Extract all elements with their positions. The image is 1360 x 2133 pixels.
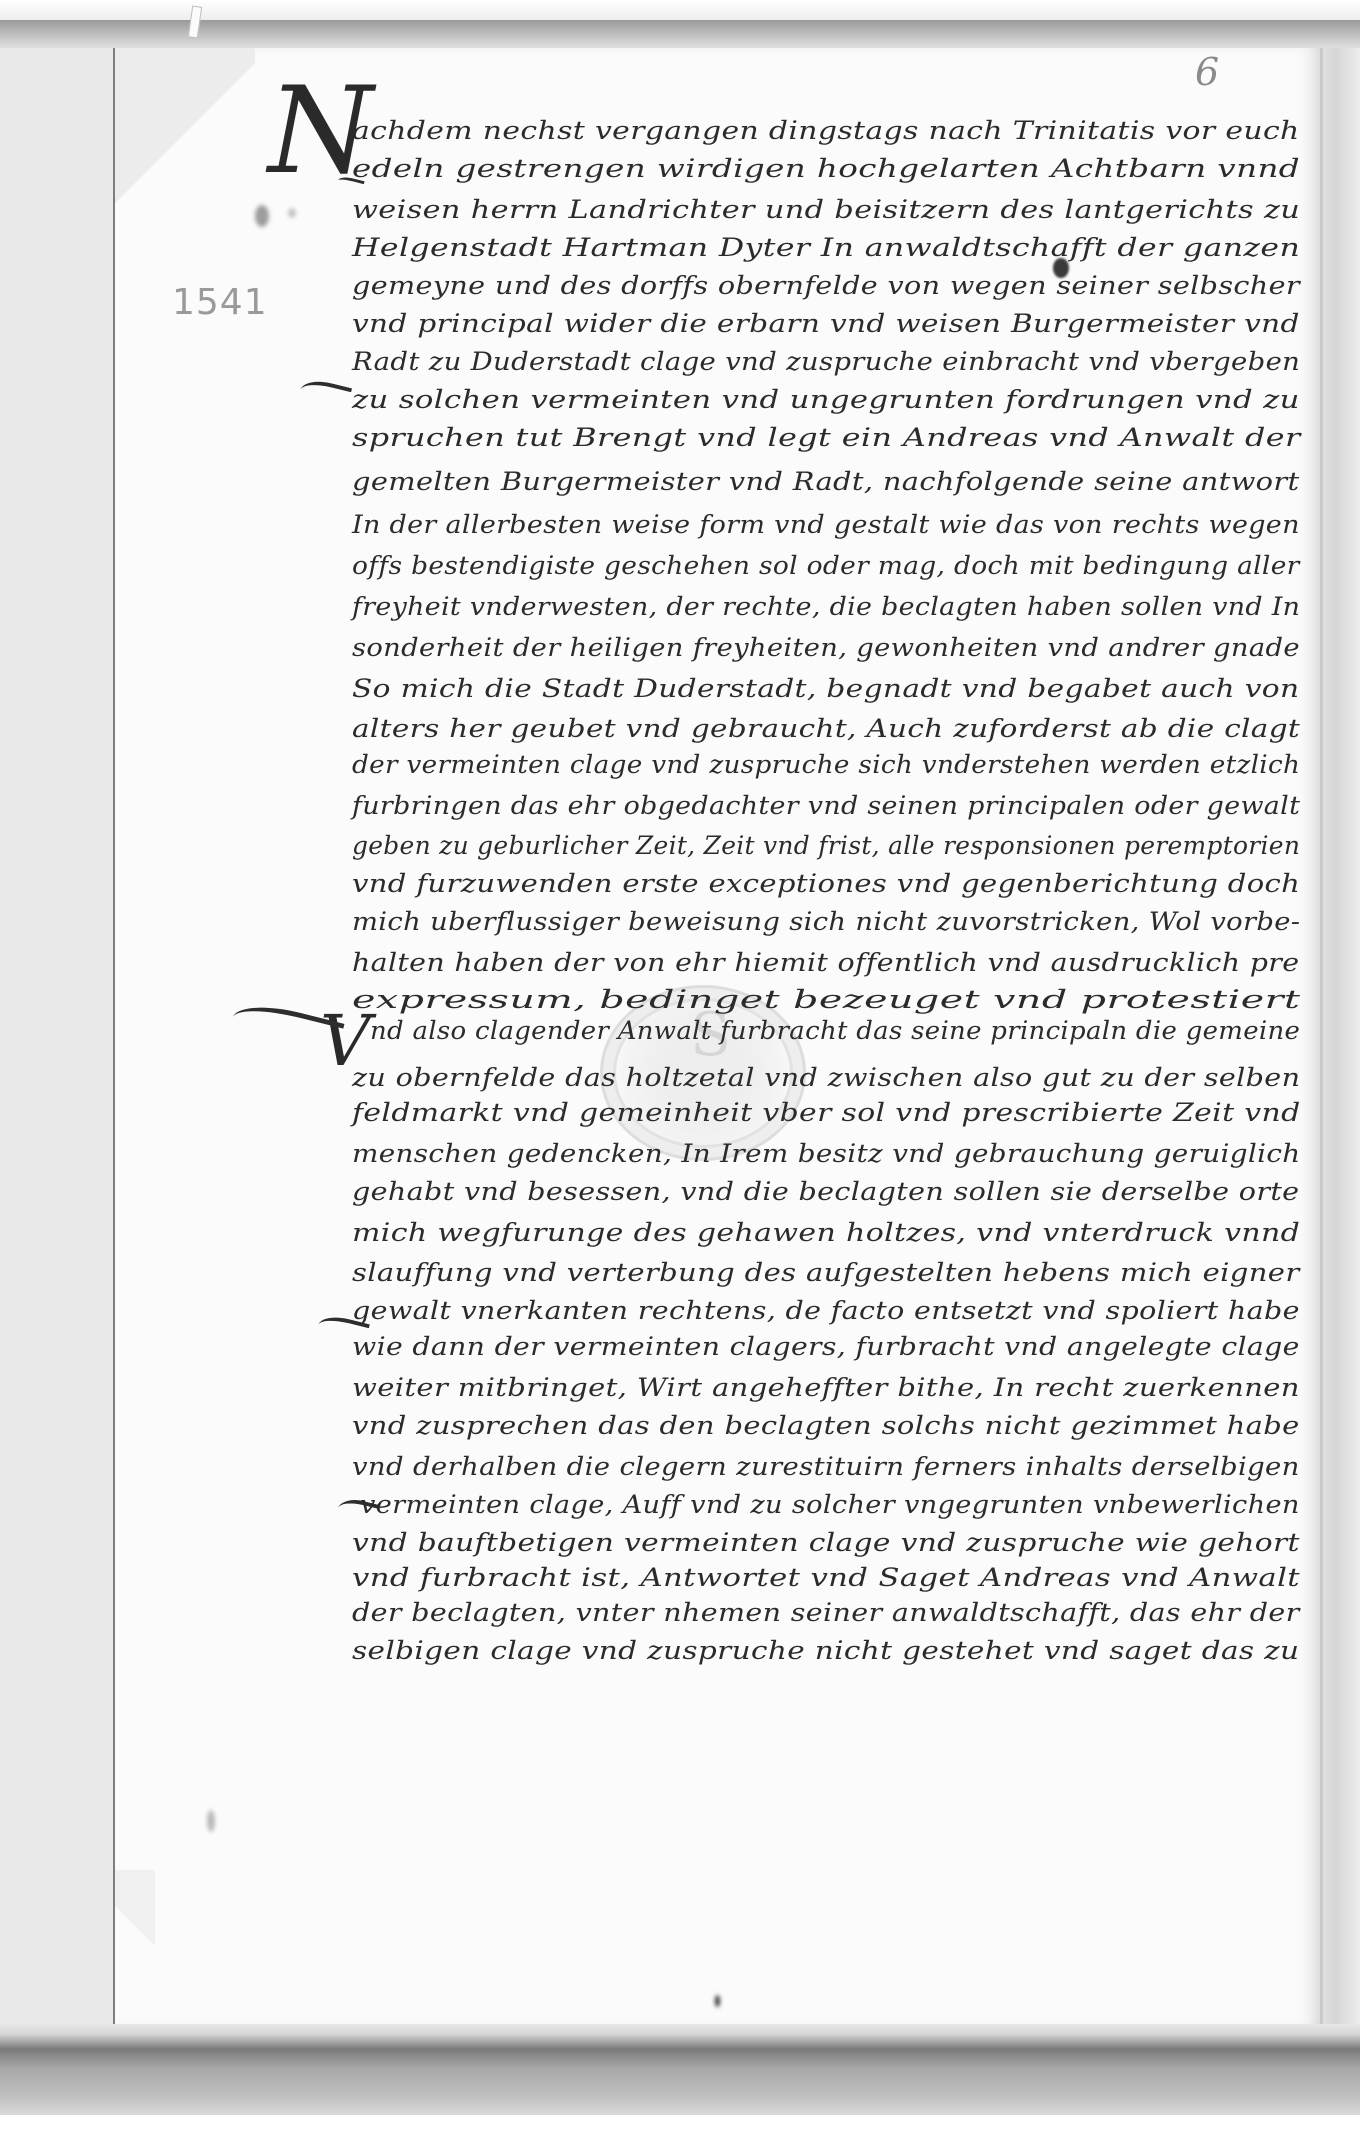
text-line: gemeyne und des dorffs obernfelde von we… <box>352 271 1300 300</box>
text-line: mich uberflussiger beweisung sich nicht … <box>352 907 1300 936</box>
text-line: spruchen tut Brengt vnd legt ein Andreas… <box>352 423 1301 452</box>
stain-spot <box>207 1810 215 1832</box>
text-line: zu solchen vermeinten vnd ungegrunten fo… <box>352 385 1300 414</box>
text-line: halten haben der von ehr hiemit offentli… <box>352 948 1299 977</box>
text-line: So mich die Stadt Duderstadt, begnadt vn… <box>352 674 1299 703</box>
text-line: selbigen clage vnd zuspruche nicht geste… <box>352 1636 1299 1665</box>
text-line: In der allerbesten weise form vnd gestal… <box>352 510 1300 539</box>
text-line: vnd bauftbetigen vermeinten clage vnd zu… <box>352 1528 1300 1557</box>
stain-spot <box>288 208 296 218</box>
text-line: feldmarkt vnd gemeinheit vber sol vnd pr… <box>352 1098 1301 1127</box>
text-line: Radt zu Duderstadt clage vnd zuspruche e… <box>352 347 1300 376</box>
text-line: der vermeinten clage vnd zuspruche sich … <box>352 750 1300 779</box>
text-line: edeln gestrengen wirdigen hochgelarten A… <box>352 154 1300 183</box>
text-line: gehabt vnd besessen, vnd die beclagten s… <box>352 1177 1299 1206</box>
page-stack-right-edge <box>1320 48 1360 2048</box>
text-line: slauffung vnd verterbung des aufgestelte… <box>352 1258 1300 1287</box>
text-line: mich wegfurunge des gehawen holtzes, vnd… <box>352 1218 1300 1247</box>
text-line: menschen gedencken, In Irem besitz vnd g… <box>352 1139 1300 1168</box>
stain-spot <box>255 205 269 227</box>
text-line: achdem nechst vergangen dingstags nach T… <box>352 116 1300 145</box>
text-line: furbringen das ehr obgedachter vnd seine… <box>352 791 1300 820</box>
text-line: gemelten Burgermeister vnd Radt, nachfol… <box>352 467 1299 496</box>
text-line: sonderheit der heiligen freyheiten, gewo… <box>352 633 1300 662</box>
text-line: weiter mitbringet, Wirt angeheffter bith… <box>352 1373 1300 1402</box>
folded-corner-bottom <box>115 1870 155 2020</box>
facing-page <box>0 48 115 2028</box>
text-line: offs bestendigiste geschehen sol oder ma… <box>352 551 1300 580</box>
text-line: vnd furzuwenden erste exceptiones vnd ge… <box>352 869 1300 898</box>
book-binding-bottom <box>0 2024 1360 2124</box>
text-line: weisen herrn Landrichter und beisitzern … <box>352 195 1300 224</box>
text-line: wie dann der vermeinten clagers, furbrac… <box>352 1332 1300 1361</box>
text-line: der beclagten, vnter nhemen seiner anwal… <box>352 1598 1300 1627</box>
margin-year-note: 1541 <box>172 282 268 323</box>
folio-number: 6 <box>1195 50 1219 94</box>
scan-bottom-margin <box>0 2115 1360 2133</box>
text-line: zu obernfelde das holtzetal vnd zwischen… <box>352 1063 1300 1092</box>
text-line: vermeinten clage, Auff vnd zu solcher vn… <box>360 1490 1300 1519</box>
text-line: vnd principal wider die erbarn vnd weise… <box>352 309 1300 338</box>
text-line: vnd derhalben die clegern zurestituirn f… <box>352 1452 1300 1481</box>
text-line: vnd furbracht ist, Antwortet vnd Saget A… <box>352 1563 1300 1592</box>
text-line: expressum, bedinget bezeuget vnd protest… <box>352 985 1300 1014</box>
text-line: vnd zusprechen das den beclagten solchs … <box>352 1411 1300 1440</box>
text-line: alters her geubet vnd gebraucht, Auch zu… <box>352 714 1300 743</box>
folded-corner <box>115 48 255 218</box>
text-line: Helgenstadt Hartman Dyter In anwaldtscha… <box>352 233 1300 262</box>
text-line: freyheit vnderwesten, der rechte, die be… <box>352 592 1300 621</box>
text-line: geben zu geburlicher Zeit, Zeit vnd fris… <box>352 831 1300 860</box>
ink-dot <box>715 1995 720 2007</box>
text-line: gewalt vnerkanten rechtens, de facto ent… <box>352 1296 1300 1325</box>
text-line: nd also clagender Anwalt furbracht das s… <box>370 1016 1300 1045</box>
book-binding-top <box>0 20 1360 50</box>
